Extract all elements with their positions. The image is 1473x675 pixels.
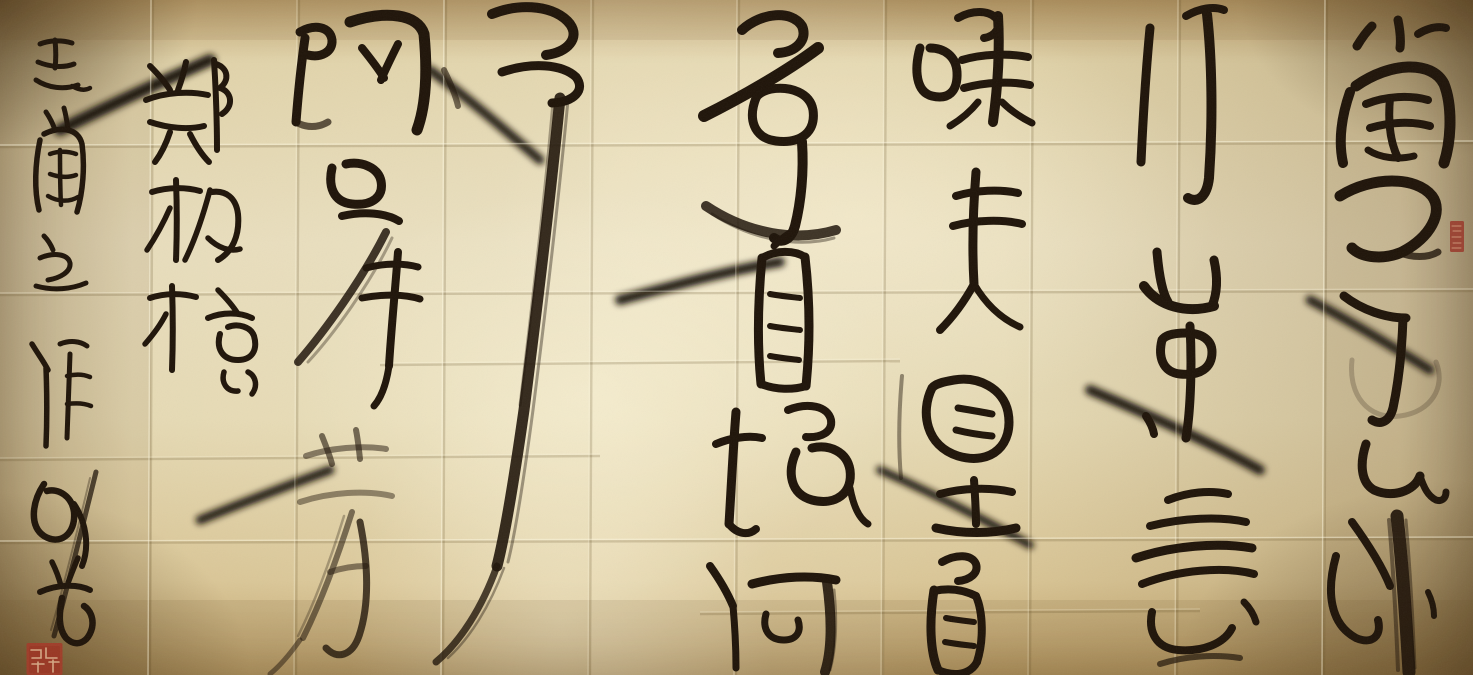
paper-grain-overlay — [0, 0, 1473, 675]
calligraphy-canvas — [0, 0, 1473, 675]
calligraphy-photo: Chinese cursive calligraphy, black ink o… — [0, 0, 1473, 675]
